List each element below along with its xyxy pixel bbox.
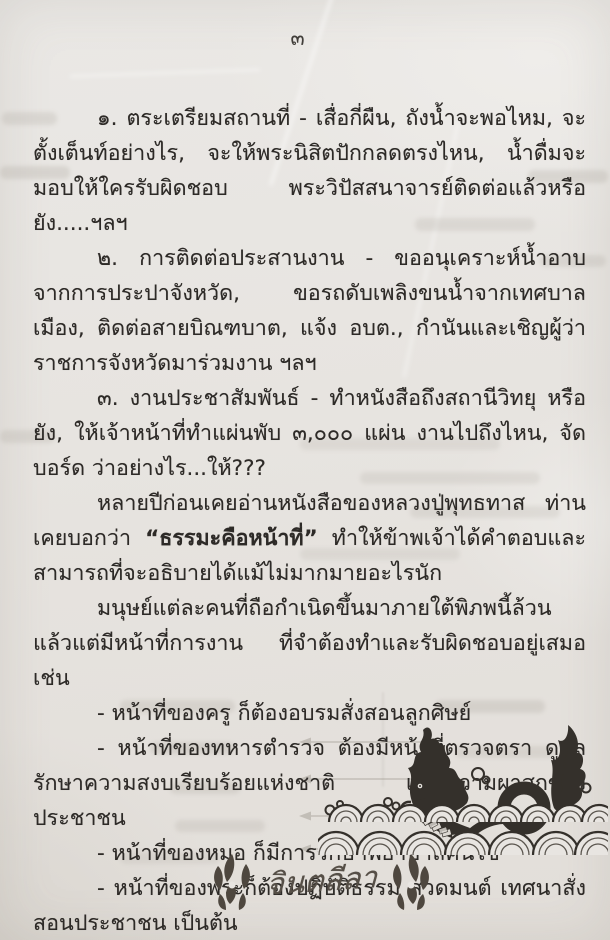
scanned-book-page: ๓ ๑. ตระเตรียมสถานที่ - เสื่อกี่ผืน, ถัง… bbox=[0, 0, 610, 940]
signature-block: จินตลีลา bbox=[210, 852, 433, 912]
paragraph-coordination: ๒. การติดต่อประสานงาน - ขออนุเคราะห์น้ำอ… bbox=[33, 241, 586, 381]
kranok-left-icon bbox=[210, 852, 256, 912]
paragraph-prepare-venue: ๑. ตระเตรียมสถานที่ - เสื่อกี่ผืน, ถังน้… bbox=[33, 101, 586, 241]
scan-streak bbox=[70, 69, 260, 78]
paragraph-public-relations: ๓. งานประชาสัมพันธ์ - ทำหนังสือถึงสถานีว… bbox=[33, 381, 586, 486]
quote-bold-dhamma-is-duty: “ธรรมะคือหน้าที่” bbox=[145, 526, 318, 551]
signature-text: จินตลีลา bbox=[263, 848, 380, 916]
kranok-right-icon bbox=[387, 852, 433, 912]
page-number: ๓ bbox=[0, 22, 596, 55]
naga-illustration bbox=[318, 722, 608, 857]
paragraph-buddhadasa-quote: หลายปีก่อนเคยอ่านหนังสือของหลวงปู่พุทธทา… bbox=[33, 486, 586, 591]
paragraph-everyone-has-duty: มนุษย์แต่ละคนที่ถือกำเนิดขึ้นมาภายใต้พิภ… bbox=[33, 591, 586, 696]
